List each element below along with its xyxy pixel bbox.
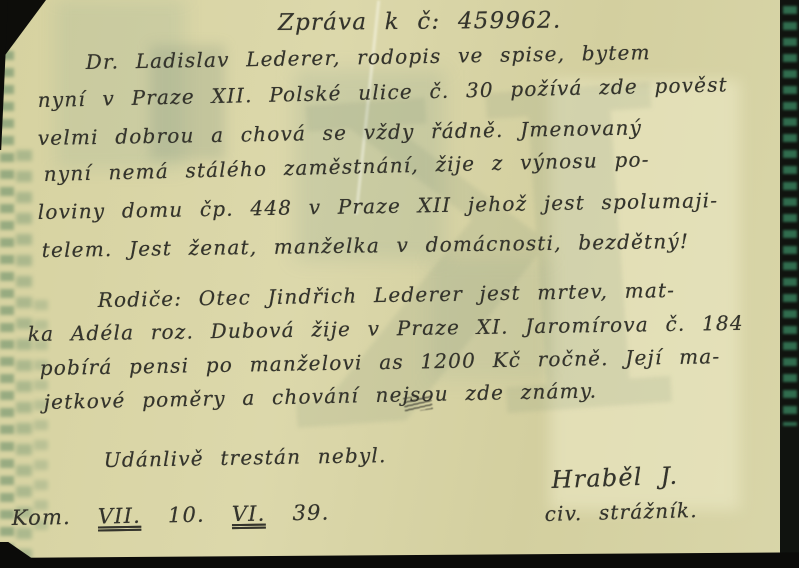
scan-edge-left	[0, 0, 8, 150]
signature-role: civ. strážník.	[544, 498, 698, 526]
dateline-month: VI.	[232, 502, 266, 527]
dateline-district: VII.	[98, 504, 142, 529]
scan-edge-bottom	[26, 552, 799, 568]
dateline: Kom. VII. 10. VI. 39.	[12, 500, 340, 530]
report-heading: Zpráva k č: 459962.	[278, 8, 562, 36]
report-line: Udánlivě trestán nebyl.	[104, 443, 387, 472]
dateline-day: 10.	[168, 503, 205, 528]
dateline-year: 39.	[292, 500, 329, 525]
signature-name: Hraběl J.	[551, 462, 679, 494]
dateline-station: Kom.	[12, 505, 72, 530]
document-page: K Zpráva k č: 459962. Dr. Ladislav Leder…	[0, 0, 799, 568]
scan-edge-corner-bottom-left	[0, 542, 46, 568]
scan-edge-right-print	[783, 6, 797, 426]
